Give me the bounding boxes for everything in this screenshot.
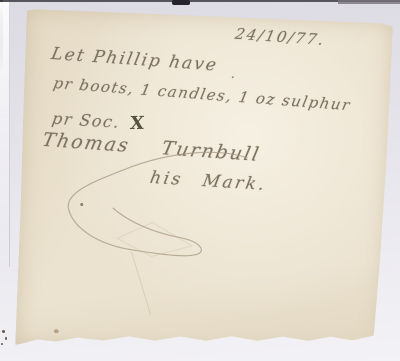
note-line-1: Let Phillip have [50, 44, 220, 75]
pencil-dot [80, 203, 83, 206]
pencil-dot-small [232, 76, 234, 78]
torn-paper-note: 24/10/77. Let Phillip have pr boots, 1 c… [15, 9, 393, 358]
rust-stain [208, 341, 236, 348]
note-date: 24/10/77. [233, 25, 327, 49]
note-line-2: pr boots, 1 candles, 1 oz sulphur [52, 74, 353, 114]
edge-speck [2, 330, 5, 333]
note-line-3-text: pr Soc. [51, 109, 122, 132]
scan-edge-top-right [338, 0, 400, 4]
his-mark-x: X [129, 113, 147, 134]
brown-spot [54, 329, 59, 333]
pencil-flourish-oval [48, 140, 262, 277]
edge-speck [1, 343, 3, 345]
scanned-note-page: 24/10/77. Let Phillip have pr boots, 1 c… [0, 0, 400, 361]
edge-speck [5, 337, 7, 340]
scan-margin-strip [0, 2, 10, 267]
scan-edge-blob [172, 0, 190, 5]
